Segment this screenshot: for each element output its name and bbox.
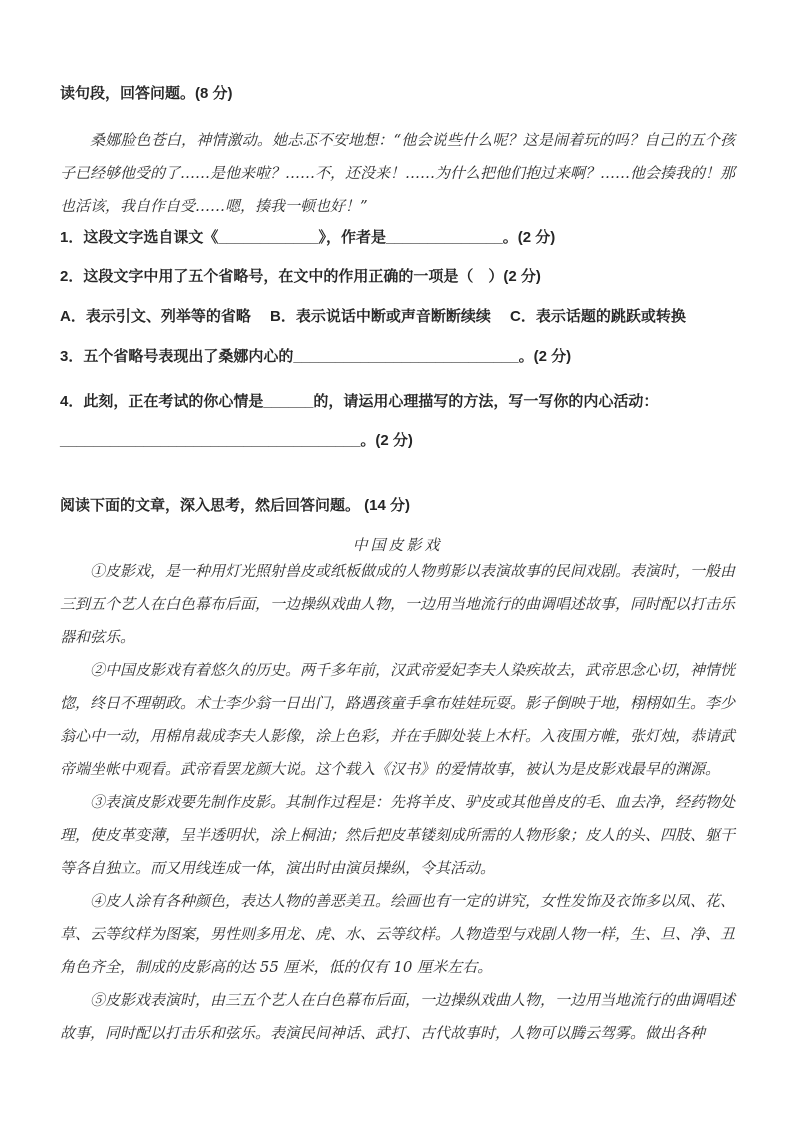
- essay-paragraph-2: ②中国皮影戏有着悠久的历史。两千多年前，汉武帝爱妃李夫人染疾故去，武帝思念心切，…: [60, 654, 735, 786]
- section2-heading: 阅读下面的文章，深入思考，然后回答问题。 (14 分): [60, 496, 735, 516]
- essay-paragraph-1: ①皮影戏，是一种用灯光照射兽皮或纸板做成的人物剪影以表演故事的民间戏剧。表演时，…: [60, 555, 735, 654]
- exam-page: 读句段，回答问题。(8 分) 桑娜脸色苍白，神情激动。她忐忑不安地想：“他会说些…: [0, 0, 793, 1122]
- essay-paragraph-3: ③表演皮影戏要先制作皮影。其制作过程是：先将羊皮、驴皮或其他兽皮的毛、血去净，经…: [60, 786, 735, 885]
- essay-title: 中国皮影戏: [60, 535, 735, 555]
- question-2: 2．这段文字中用了五个省略号，在文中的作用正确的一项是（ ）(2 分): [60, 267, 735, 287]
- section1-heading: 读句段，回答问题。(8 分): [60, 84, 735, 104]
- essay-paragraph-4: ④皮人涂有各种颜色，表达人物的善恶美丑。绘画也有一定的讲究，女性发饰及衣饰多以凤…: [60, 885, 735, 984]
- essay-paragraph-5: ⑤皮影戏表演时，由三五个艺人在白色幕布后面，一边操纵戏曲人物，一边用当地流行的曲…: [60, 984, 735, 1050]
- question-3: 3．五个省略号表现出了桑娜内心的________________________…: [60, 347, 735, 367]
- question-2-options: A．表示引文、列举等的省略 B．表示说话中断或声音断断续续 C．表示话题的跳跃或…: [60, 307, 735, 327]
- question-4-answer-blank: ____________________________________。(2 …: [60, 431, 735, 451]
- question-1: 1．这段文字选自课文《____________》，作者是____________…: [60, 228, 735, 248]
- question-4: 4．此刻，正在考试的你心情是______的，请运用心理描写的方法，写一写你的内心…: [60, 392, 735, 412]
- sanna-excerpt-passage: 桑娜脸色苍白，神情激动。她忐忑不安地想：“他会说些什么呢？这是闹着玩的吗？自己的…: [60, 124, 735, 223]
